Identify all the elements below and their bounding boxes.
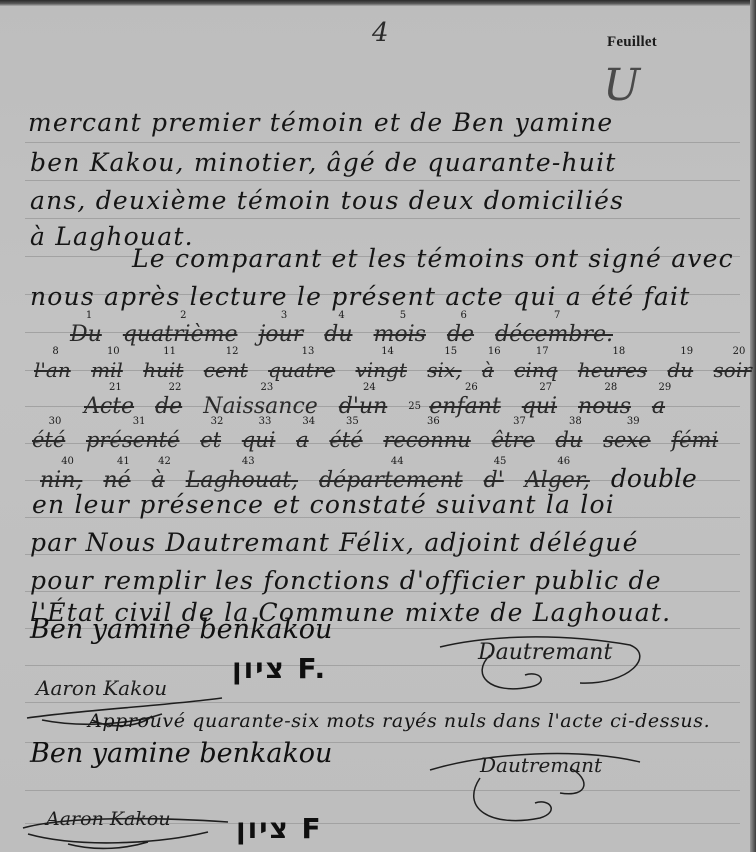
struck-word: Du1 bbox=[70, 322, 102, 347]
witness-name-signature: Ben yamine benkakou bbox=[30, 738, 332, 769]
struck-word: et32 bbox=[200, 428, 221, 452]
struck-word: mil10 bbox=[91, 358, 123, 382]
text-line: en leur présence et constaté suivant la … bbox=[32, 490, 615, 519]
text-line: mercant premier témoin et de Ben yamine bbox=[28, 108, 613, 137]
struck-word: du19 bbox=[667, 358, 693, 382]
struck-line: été30 présenté31 et32 qui33 a34 été35 re… bbox=[32, 428, 732, 452]
struck-line: Acte21 de22 Naissance23 d'un24 25 enfant… bbox=[84, 394, 679, 419]
struck-word: mois5 bbox=[374, 322, 426, 347]
approval-note: Approuvé quarante-six mots rayés nuls da… bbox=[88, 710, 710, 732]
struck-word: cinq17 bbox=[514, 358, 557, 382]
text-line: pour remplir les fonctions d'officier pu… bbox=[30, 566, 662, 595]
folio-number: 4 bbox=[372, 18, 389, 48]
feuillet-label: Feuillet bbox=[607, 34, 657, 51]
struck-word: sexe39 bbox=[603, 428, 650, 452]
struck-word: été30 bbox=[32, 428, 65, 452]
struck-line: l'an8 mil10 huit11 cent12 quatre13 vingt… bbox=[34, 358, 756, 382]
struck-word: vingt14 bbox=[355, 358, 406, 382]
signature-paraph bbox=[18, 808, 248, 852]
struck-word: du4 bbox=[324, 322, 352, 347]
struck-word: enfant26 bbox=[429, 394, 500, 419]
struck-word: présenté31 bbox=[86, 428, 180, 452]
struck-word: décembre.7 bbox=[495, 322, 613, 347]
struck-word: qui33 bbox=[242, 428, 276, 452]
struck-word: qui27 bbox=[522, 394, 557, 419]
struck-word: de6 bbox=[447, 322, 474, 347]
text-line: ben Kakou, minotier, âgé de quarante-hui… bbox=[30, 148, 617, 177]
struck-word: nous28 bbox=[578, 394, 631, 419]
struck-word: heures18 bbox=[578, 358, 647, 382]
struck-word: jour3 bbox=[258, 322, 303, 347]
struck-word: l'an8 bbox=[34, 358, 71, 382]
kept-word: double bbox=[611, 464, 697, 493]
ruled-line bbox=[25, 180, 740, 181]
struck-word: a29 bbox=[652, 394, 665, 419]
struck-word: du38 bbox=[556, 428, 583, 452]
struck-word: huit11 bbox=[143, 358, 183, 382]
struck-word: a34 bbox=[296, 428, 309, 452]
struck-word: quatre13 bbox=[268, 358, 335, 382]
struck-word: reconnu36 bbox=[383, 428, 470, 452]
register-page: 4 Feuillet U mercant premier témoin et d… bbox=[0, 0, 756, 852]
struck-word: de22 bbox=[155, 394, 182, 419]
ruled-line bbox=[25, 218, 740, 219]
struck-word: quatrième2 bbox=[123, 322, 238, 347]
hebrew-signature: ציון F bbox=[236, 812, 323, 845]
margin-mark: U bbox=[603, 60, 640, 111]
struck-word: six,15 bbox=[427, 358, 461, 382]
struck-line: Du1 quatrième2 jour3 du4 mois5 de6 décem… bbox=[70, 322, 627, 347]
struck-line: nin,40 né41 à42 Laghouat,43 département4… bbox=[40, 464, 697, 493]
struck-word: fémi bbox=[671, 428, 718, 452]
witness-name-signature: Ben yamine benkakou bbox=[30, 614, 332, 645]
struck-word: à16 bbox=[482, 358, 494, 382]
officer-paraph bbox=[430, 625, 660, 700]
page-top-edge bbox=[0, 0, 756, 6]
text-line: nous après lecture le présent acte qui a… bbox=[30, 282, 690, 311]
struck-word: soir20 bbox=[714, 358, 752, 382]
officer-paraph bbox=[420, 748, 660, 838]
text-line: Le comparant et les témoins ont signé av… bbox=[132, 244, 734, 273]
page-right-edge bbox=[750, 0, 756, 852]
ruled-line bbox=[25, 142, 740, 143]
text-line: par Nous Dautremant Félix, adjoint délég… bbox=[30, 528, 639, 557]
struck-word: été35 bbox=[329, 428, 362, 452]
struck-word: être37 bbox=[491, 428, 534, 452]
struck-word: Acte21 bbox=[84, 394, 134, 419]
struck-word: cent12 bbox=[204, 358, 248, 382]
text-line: ans, deuxième témoin tous deux domicilié… bbox=[30, 186, 624, 215]
